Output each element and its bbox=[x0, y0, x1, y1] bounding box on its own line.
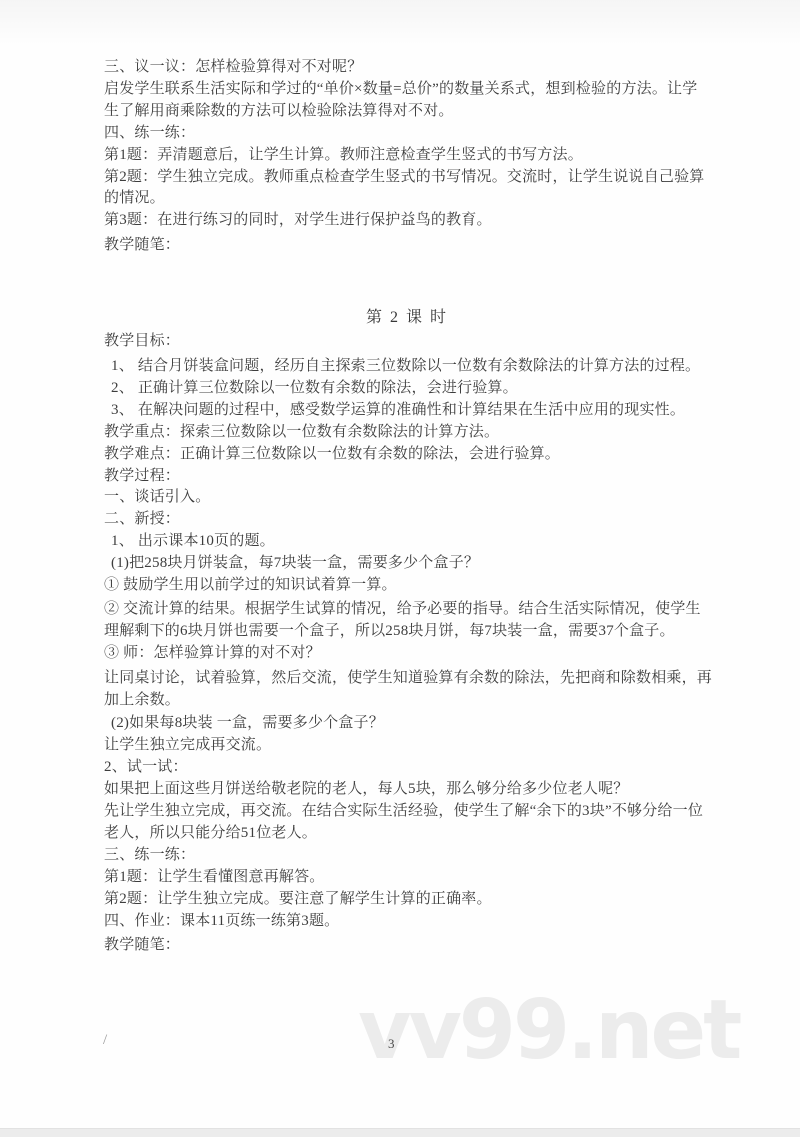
text-line: 生了解用商乘除数的方法可以检验除法算得对不对。 bbox=[104, 101, 710, 123]
text-line: 四、作业：课本11页练一练第3题。 bbox=[104, 911, 710, 933]
footer-slash-mark: / bbox=[103, 1032, 107, 1049]
text-line: 2、 正确计算三位数除以一位数有余数的除法，会进行验算。 bbox=[104, 378, 710, 400]
text-line: 四、练一练： bbox=[104, 123, 710, 145]
text-line: 第1题：弄清题意后，让学生计算。教师注意检查学生竖式的书写方法。 bbox=[104, 145, 710, 167]
document-page: vv99.net 三、议一议：怎样检验算得对不对呢？启发学生联系生活实际和学过的… bbox=[0, 0, 800, 1137]
watermark-text: vv99.net bbox=[358, 983, 739, 1078]
text-line: 1、 出示课本10页的题。 bbox=[104, 531, 710, 553]
text-line: 教学重点：探索三位数除以一位数有余数除法的计算方法。 bbox=[104, 422, 710, 444]
page-edge-bar bbox=[0, 1128, 800, 1137]
text-line: 让同桌讨论，试着验算，然后交流，使学生知道验算有余数的除法，先把商和除数相乘，再 bbox=[104, 668, 710, 690]
text-line: 理解剩下的6块月饼也需要一个盒子，所以258块月饼，每7块装一盒，需要37个盒子… bbox=[104, 621, 710, 643]
document-body: 三、议一议：怎样检验算得对不对呢？启发学生联系生活实际和学过的“单价×数量=总价… bbox=[104, 57, 710, 956]
text-line: 第1题：让学生看懂图意再解答。 bbox=[104, 867, 710, 889]
text-line: 的情况。 bbox=[104, 188, 710, 210]
text-line: 教学难点：正确计算三位数除以一位数有余数的除法，会进行验算。 bbox=[104, 444, 710, 466]
text-line: 让学生独立完成再交流。 bbox=[104, 735, 710, 757]
text-line: 第3题：在进行练习的同时，对学生进行保护益鸟的教育。 bbox=[104, 210, 710, 232]
text-line: 第2题：学生独立完成。教师重点检查学生竖式的书写情况。交流时，让学生说说自己验算 bbox=[104, 167, 710, 189]
text-line: 二、新授： bbox=[104, 509, 710, 531]
text-line: 如果把上面这些月饼送给敬老院的老人，每人5块，那么够分给多少位老人呢？ bbox=[104, 779, 710, 801]
text-line: 一、谈话引入。 bbox=[104, 487, 710, 509]
text-line: ② 交流计算的结果。根据学生试算的情况，给予必要的指导。结合生活实际情况，使学生 bbox=[104, 599, 710, 621]
text-line: 第2题：让学生独立完成。要注意了解学生计算的正确率。 bbox=[104, 889, 710, 911]
text-line: 三、练一练： bbox=[104, 845, 710, 867]
text-line: 教学目标： bbox=[104, 331, 710, 353]
text-line: ③ 师：怎样验算计算的对不对？ bbox=[104, 643, 710, 665]
text-line: 三、议一议：怎样检验算得对不对呢？ bbox=[104, 57, 710, 79]
text-line: 加上余数。 bbox=[104, 690, 710, 712]
text-line: 先让学生独立完成，再交流。在结合实际生活经验，使学生了解“余下的3块”不够分给一… bbox=[104, 801, 710, 823]
text-line: 教学随笔： bbox=[104, 935, 710, 957]
text-line: 2、试一试： bbox=[104, 757, 710, 779]
page-number: 3 bbox=[388, 1036, 395, 1052]
text-line: 1、 结合月饼装盒问题，经历自主探索三位数除以一位数有余数除法的计算方法的过程。 bbox=[104, 356, 710, 378]
text-line: 教学随笔： bbox=[104, 235, 710, 257]
text-line: 启发学生联系生活实际和学过的“单价×数量=总价”的数量关系式，想到检验的方法。让… bbox=[104, 79, 710, 101]
lesson-heading: 第 2 课 时 bbox=[104, 307, 710, 329]
text-line: 3、 在解决问题的过程中，感受数学运算的准确性和计算结果在生活中应用的现实性。 bbox=[104, 400, 710, 422]
text-line: ① 鼓励学生用以前学过的知识试着算一算。 bbox=[104, 575, 710, 597]
text-line: (1)把258块月饼装盒，每7块装一盒，需要多少个盒子？ bbox=[104, 553, 710, 575]
text-line: 教学过程： bbox=[104, 466, 710, 488]
text-line: 老人，所以只能分给51位老人。 bbox=[104, 823, 710, 845]
text-line: (2)如果每8块装 一盒，需要多少个盒子？ bbox=[104, 713, 710, 735]
